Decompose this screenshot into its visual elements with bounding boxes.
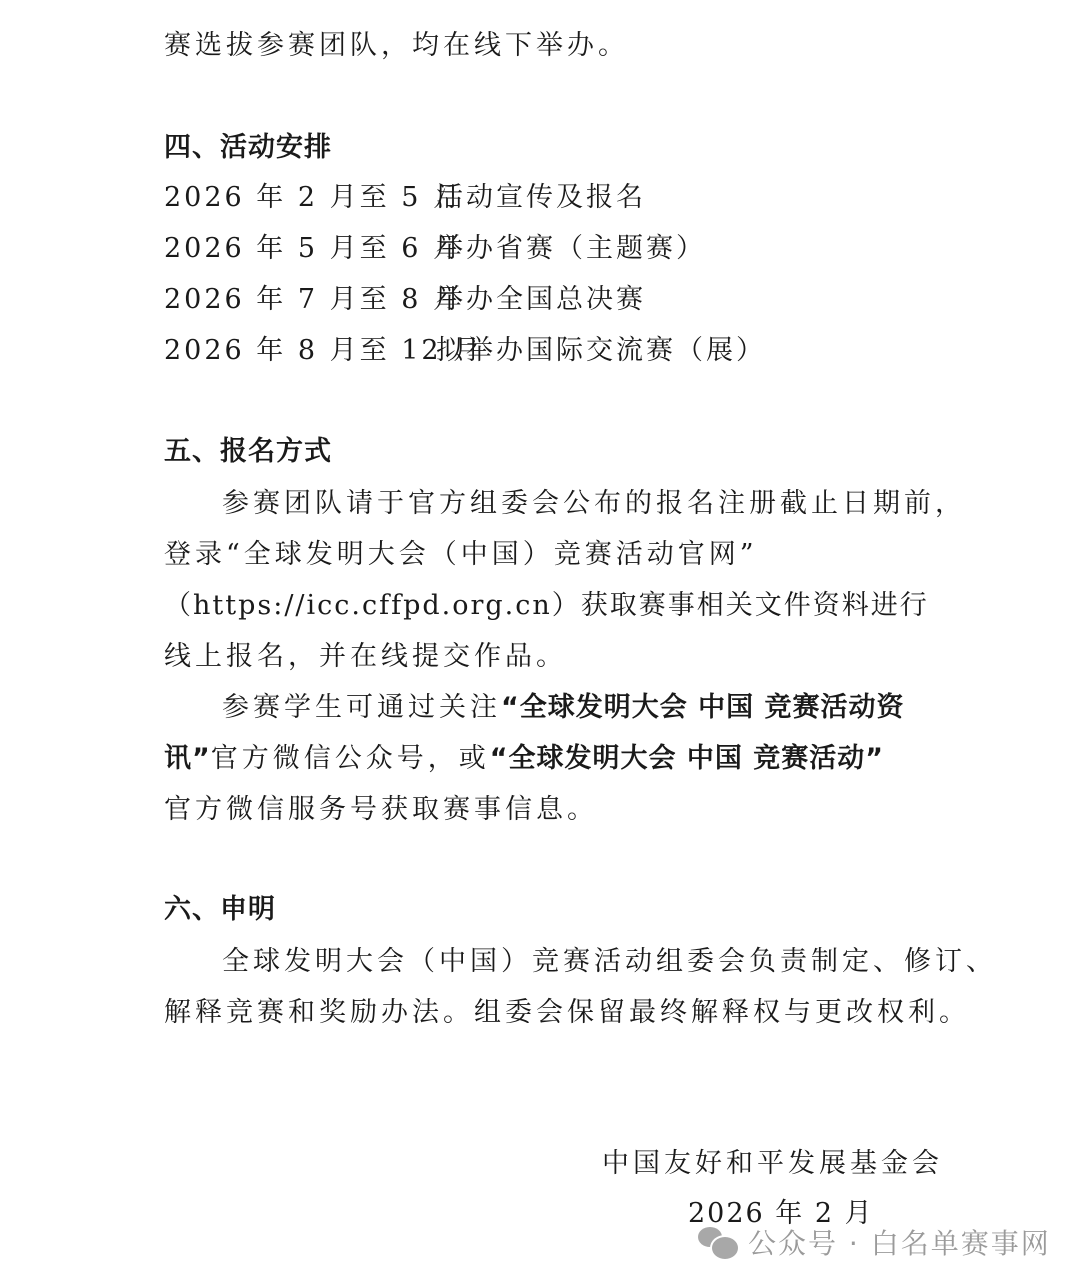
schedule-date: 2026 年 2 月至 5 月 — [164, 178, 436, 218]
watermark-text: 公众号 · 白名单赛事网 — [748, 1222, 1051, 1262]
signature-org: 中国友好和平发展基金会 — [602, 1144, 943, 1184]
bold-text: “全球发明大会 中国 竞赛活动” — [490, 743, 884, 774]
schedule-event: 举办省赛（主题赛） — [436, 233, 706, 264]
section4-heading: 四、活动安排 — [164, 128, 332, 168]
schedule-event: 活动宣传及报名 — [436, 182, 646, 213]
bold-text: 讯” — [164, 743, 211, 774]
section6-line2: 解释竞赛和奖励办法。组委会保留最终解释权与更改权利。 — [164, 993, 970, 1033]
wechat-icon — [698, 1225, 738, 1259]
section5-p2-line2: 讯”官方微信公众号，或“全球发明大会 中国 竞赛活动” — [164, 739, 884, 779]
watermark: 公众号 · 白名单赛事网 — [698, 1222, 1051, 1262]
schedule-date: 2026 年 5 月至 6 月 — [164, 229, 436, 269]
section5-heading: 五、报名方式 — [164, 432, 332, 472]
schedule-row: 2026 年 8 月至 12 月拟举办国际交流赛（展） — [164, 331, 766, 371]
section5-p1-line1: 参赛团队请于官方组委会公布的报名注册截止日期前， — [222, 484, 966, 524]
section5-p1-line4: 线上报名，并在线提交作品。 — [164, 637, 567, 677]
section5-p1-line2: 登录“全球发明大会（中国）竞赛活动官网” — [164, 535, 758, 575]
schedule-row: 2026 年 7 月至 8 月举办全国总决赛 — [164, 280, 646, 320]
bold-text: “全球发明大会 中国 竞赛活动资 — [501, 692, 905, 723]
schedule-date: 2026 年 8 月至 12 月 — [164, 331, 436, 371]
section6-heading: 六、申明 — [164, 890, 276, 930]
schedule-event: 拟举办国际交流赛（展） — [436, 335, 766, 366]
schedule-event: 举办全国总决赛 — [436, 284, 646, 315]
section5-p2-line1: 参赛学生可通过关注“全球发明大会 中国 竞赛活动资 — [222, 688, 905, 728]
section5-p1-line3: （https://icc.cffpd.org.cn）获取赛事相关文件资料进行 — [164, 586, 929, 626]
text: 参赛学生可通过关注 — [222, 692, 501, 723]
schedule-row: 2026 年 5 月至 6 月举办省赛（主题赛） — [164, 229, 706, 269]
section5-p2-line3: 官方微信服务号获取赛事信息。 — [164, 790, 598, 830]
schedule-row: 2026 年 2 月至 5 月活动宣传及报名 — [164, 178, 646, 218]
text: 官方微信公众号，或 — [211, 743, 490, 774]
schedule-date: 2026 年 7 月至 8 月 — [164, 280, 436, 320]
intro-tail-text: 赛选拔参赛团队，均在线下举办。 — [164, 26, 629, 66]
section6-line1: 全球发明大会（中国）竞赛活动组委会负责制定、修订、 — [222, 942, 997, 982]
